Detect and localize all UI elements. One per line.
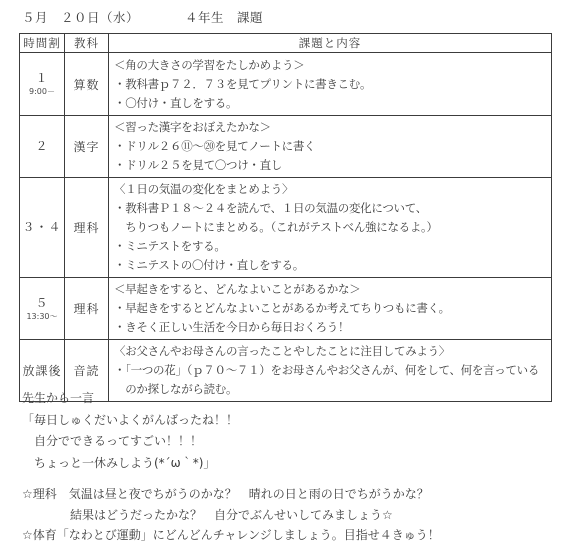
- title-date: ５月 ２０日（水）: [22, 10, 139, 25]
- content-cell: ＜習った漢字をおぼえたかな＞ ・ドリル２６⑪～⑳を見てノートに書く ・ドリル２５…: [109, 116, 552, 178]
- subject-cell: 算数: [65, 53, 109, 116]
- page-title: ５月 ２０日（水）４年生 課題: [22, 8, 263, 26]
- content-line: ・早起きをするとどんなよいことがあるか考えてちりつもに書く。: [114, 299, 549, 318]
- table-row: ２ 漢字 ＜習った漢字をおぼえたかな＞ ・ドリル２６⑪～⑳を見てノートに書く ・…: [20, 116, 552, 178]
- pe-note-line: ☆体育「なわとび運動」にどんどんチャレンジしましょう。目指せ４きゅう！: [22, 525, 440, 546]
- table-row: ３・４ 理科 〈１日の気温の変化をまとめよう〉 ・教科書Ｐ１８～２４を読んで、１…: [20, 178, 552, 278]
- period-cell: １ 9:00－: [20, 53, 65, 116]
- period-cell: ２: [20, 116, 65, 178]
- period-number: ３・４: [20, 220, 64, 235]
- col-header-period: 時間割: [20, 34, 65, 53]
- science-note-line-2: 結果はどうだったかな？ 自分でぶんせいしてみましょう☆: [22, 505, 440, 526]
- content-cell: ＜角の大きさの学習をたしかめよう＞ ・教科書ｐ７２．７３を見てプリントに書きこむ…: [109, 53, 552, 116]
- col-header-content: 課題と内容: [109, 34, 552, 53]
- period-cell: ５ 13:30～: [20, 278, 65, 340]
- content-line: ・〇付け・直しをする。: [114, 94, 549, 113]
- period-number: ５: [20, 296, 64, 311]
- teacher-note-heading: 先生から一言: [22, 388, 238, 410]
- content-line: ・「一つの花」（ｐ７０～７１）をお母さんやお父さんが、何をして、何を言っている: [114, 361, 549, 380]
- table-header-row: 時間割 教科 課題と内容: [20, 34, 552, 53]
- extra-notes: ☆理科 気温は昼と夜でちがうのかな？ 晴れの日と雨の日でちがうかな？ 結果はどう…: [22, 484, 440, 546]
- assignment-table: 時間割 教科 課題と内容 １ 9:00－ 算数 ＜角の大きさの学習をたしかめよう…: [19, 33, 552, 402]
- period-cell: ３・４: [20, 178, 65, 278]
- content-line: ・ドリル２５を見て〇つけ・直し: [114, 156, 549, 175]
- period-time: 13:30～: [20, 311, 64, 322]
- content-line: 〈お父さんやお母さんの言ったことやしたことに注目してみよう〉: [114, 342, 549, 361]
- homework-sheet: { "title": { "date": "５月 ２０日（水）", "grade…: [0, 0, 573, 554]
- content-line: ＜習った漢字をおぼえたかな＞: [114, 118, 549, 137]
- teacher-note-line: ちょっと一休みしよう(*´ω｀*)」: [22, 453, 238, 475]
- content-line: ・ミニテストの〇付け・直しをする。: [114, 256, 549, 275]
- content-line: ・きそく正しい生活を今日から毎日おくろう！: [114, 318, 549, 337]
- content-line: ・教科書ｐ７２．７３を見てプリントに書きこむ。: [114, 75, 549, 94]
- period-time: 9:00－: [20, 86, 64, 97]
- science-note-line-1: ☆理科 気温は昼と夜でちがうのかな？ 晴れの日と雨の日でちがうかな？: [22, 484, 440, 505]
- teacher-note-line: 「毎日しゅくだいよくがんばったね！！: [22, 410, 238, 432]
- teacher-note-line: 自分でできるってすごい！！！: [22, 431, 238, 453]
- content-cell: 〈１日の気温の変化をまとめよう〉 ・教科書Ｐ１８～２４を読んで、１日の気温の変化…: [109, 178, 552, 278]
- title-grade: ４年生 課題: [185, 10, 263, 25]
- table-row: ５ 13:30～ 理科 ＜早起きをすると、どんなよいことがあるかな＞ ・早起きを…: [20, 278, 552, 340]
- subject-cell: 理科: [65, 278, 109, 340]
- period-number: １: [20, 71, 64, 86]
- content-line: ・ミニテストをする。: [114, 237, 549, 256]
- content-line: ・ドリル２６⑪～⑳を見てノートに書く: [114, 137, 549, 156]
- content-line: ちりつもノートにまとめる。（これがテストべん強になるよ。）: [114, 218, 549, 237]
- subject-cell: 漢字: [65, 116, 109, 178]
- content-line: ・教科書Ｐ１８～２４を読んで、１日の気温の変化について、: [114, 199, 549, 218]
- content-line: 〈１日の気温の変化をまとめよう〉: [114, 180, 549, 199]
- content-cell: ＜早起きをすると、どんなよいことがあるかな＞ ・早起きをするとどんなよいことがあ…: [109, 278, 552, 340]
- subject-cell: 理科: [65, 178, 109, 278]
- content-line: ＜早起きをすると、どんなよいことがあるかな＞: [114, 280, 549, 299]
- table-row: １ 9:00－ 算数 ＜角の大きさの学習をたしかめよう＞ ・教科書ｐ７２．７３を…: [20, 53, 552, 116]
- teacher-note: 先生から一言 「毎日しゅくだいよくがんばったね！！ 自分でできるってすごい！！！…: [22, 388, 238, 474]
- content-line: ＜角の大きさの学習をたしかめよう＞: [114, 56, 549, 75]
- period-number: ２: [20, 139, 64, 154]
- col-header-subject: 教科: [65, 34, 109, 53]
